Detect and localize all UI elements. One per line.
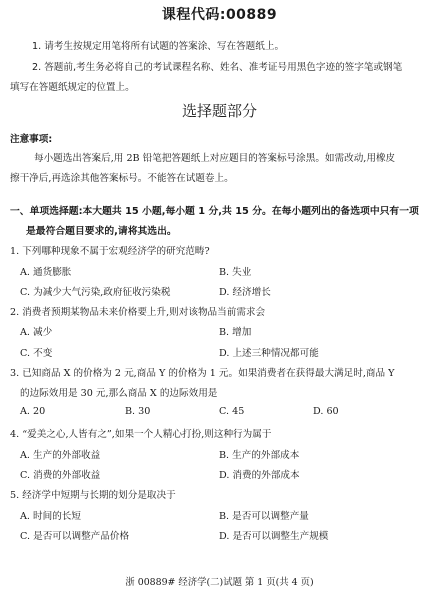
question-4-option-c: C. 消费的外部收益 [20, 467, 100, 481]
question-3-option-a: A. 20 [20, 406, 45, 417]
instruction-1: 1. 请考生按规定用笔将所有试题的答案涂、写在答题纸上。 [32, 38, 284, 52]
notice-line-1: 每小题选出答案后,用 2B 铅笔把答题纸上对应题目的答案标号涂黑。如需改动,用橡… [34, 150, 395, 164]
question-1-stem: 1. 下列哪种现象不属于宏观经济学的研究范畴? [10, 243, 210, 257]
question-5-option-c: C. 是否可以调整产品价格 [20, 528, 129, 542]
question-4-option-a: A. 生产的外部收益 [20, 447, 100, 461]
question-3-option-d: D. 60 [313, 406, 339, 417]
question-2-option-c: C. 不变 [20, 345, 52, 359]
question-5-stem: 5. 经济学中短期与长期的划分是取决于 [10, 487, 176, 501]
instruction-2-cont: 填写在答题纸规定的位置上。 [10, 79, 135, 93]
question-2-option-a: A. 减少 [20, 324, 52, 338]
page-footer: 浙 00889# 经济学(二)试题 第 1 页(共 4 页) [0, 574, 439, 588]
question-3-option-b: B. 30 [125, 406, 150, 417]
question-1-option-c: C. 为减少大气污染,政府征收污染税 [20, 284, 170, 298]
question-2-stem: 2. 消费者预期某物品未来价格要上升,则对该物品当前需求会 [10, 304, 265, 318]
part-one-heading: 一、单项选择题:本大题共 15 小题,每小题 1 分,共 15 分。在每小题列出… [10, 203, 419, 217]
instruction-2: 2. 答题前,考生务必将自己的考试课程名称、姓名、准考证号用黑色字迹的签字笔或钢… [32, 59, 402, 73]
question-1-option-d: D. 经济增长 [219, 284, 271, 298]
question-3-option-c: C. 45 [219, 406, 244, 417]
section-title: 选择题部分 [0, 100, 439, 121]
question-1-option-b: B. 失业 [219, 264, 251, 278]
question-4-option-d: D. 消费的外部成本 [219, 467, 300, 481]
question-5-option-b: B. 是否可以调整产量 [219, 508, 309, 522]
question-3-stem-cont: 的边际效用是 30 元,那么商品 X 的边际效用是 [20, 385, 217, 399]
notice-line-2: 擦干净后,再选涂其他答案标号。不能答在试题卷上。 [10, 170, 234, 184]
question-3-stem: 3. 已知商品 X 的价格为 2 元,商品 Y 的价格为 1 元。如果消费者在获… [10, 365, 394, 379]
question-2-option-d: D. 上述三种情况都可能 [219, 345, 319, 359]
part-one-heading-cont: 是最符合题目要求的,请将其选出。 [26, 223, 177, 237]
question-1-option-a: A. 通货膨胀 [20, 264, 71, 278]
question-2-option-b: B. 增加 [219, 324, 251, 338]
question-4-option-b: B. 生产的外部成本 [219, 447, 299, 461]
question-5-option-a: A. 时间的长短 [20, 508, 81, 522]
notice-label: 注意事项: [10, 131, 52, 145]
question-4-stem: 4. “爱美之心,人皆有之”,如果一个人精心打扮,则这种行为属于 [10, 426, 271, 440]
question-5-option-d: D. 是否可以调整生产规模 [219, 528, 328, 542]
course-code: 课程代码:00889 [0, 4, 439, 24]
